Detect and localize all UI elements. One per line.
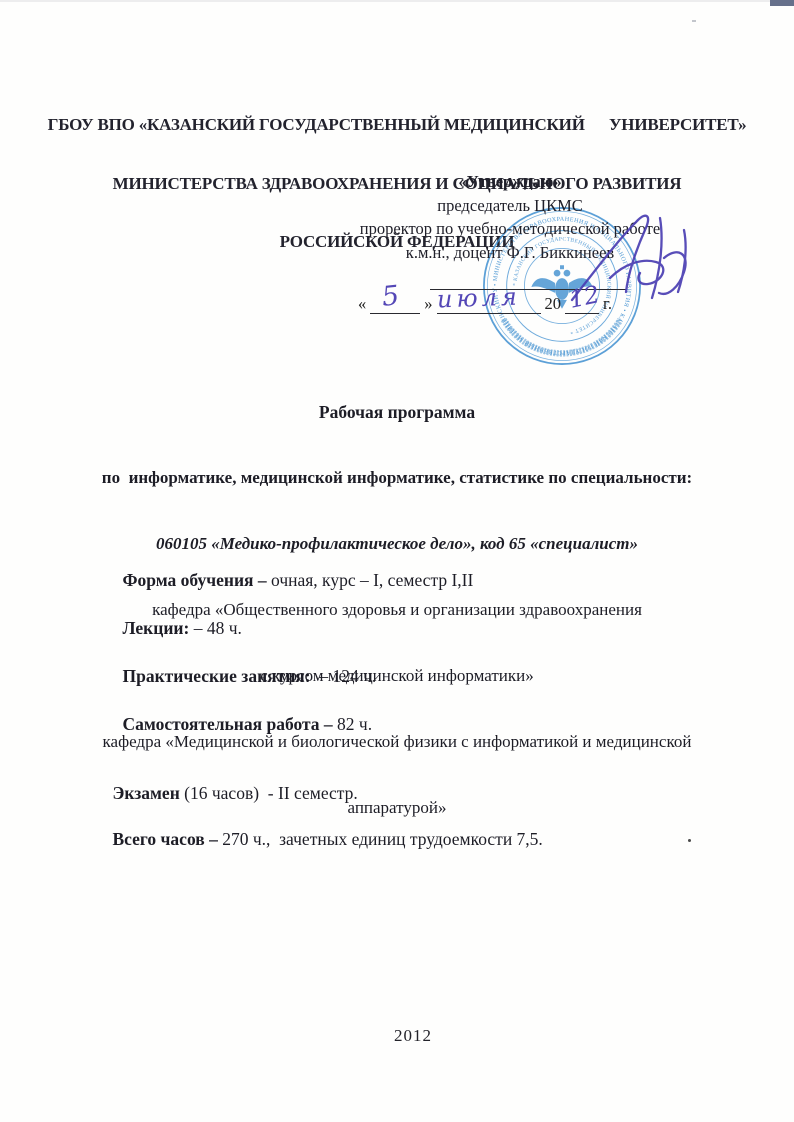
department-line: с курсом медицинской информатики» xyxy=(18,665,776,687)
date-century: 20 xyxy=(545,294,562,314)
date-blank-month: июля xyxy=(437,293,541,314)
year-footer: 2012 xyxy=(0,1026,794,1046)
approval-title: «Утверждаю» xyxy=(290,170,730,194)
scanned-document-page: ГБОУ ВПО «КАЗАНСКИЙ ГОСУДАРСТВЕННЫЙ МЕДИ… xyxy=(0,0,794,1122)
handwritten-signature xyxy=(566,200,716,340)
program-subject-line: по информатике, медицинской информатике,… xyxy=(18,467,776,489)
handwritten-month: июля xyxy=(436,283,521,314)
program-title-block: Рабочая программа по информатике, медици… xyxy=(18,357,776,863)
department-line: аппаратурой» xyxy=(18,797,776,819)
scan-edge-shadow xyxy=(0,0,794,2)
program-specialty-line: 060105 «Медико-профилактическое дело», к… xyxy=(18,533,776,555)
date-blank-day: 5 xyxy=(370,293,420,314)
handwritten-day: 5 xyxy=(381,280,401,313)
department-line: кафедра «Общественного здоровья и органи… xyxy=(18,599,776,621)
scan-corner-artifact xyxy=(770,0,794,6)
date-open-quote: « xyxy=(358,294,366,314)
scan-artifact xyxy=(692,20,696,22)
header-line: ГБОУ ВПО «КАЗАНСКИЙ ГОСУДАРСТВЕННЫЙ МЕДИ… xyxy=(28,115,766,135)
program-title: Рабочая программа xyxy=(18,401,776,423)
department-line: кафедра «Медицинской и биологической физ… xyxy=(18,731,776,753)
date-close-quote: » xyxy=(424,294,432,314)
